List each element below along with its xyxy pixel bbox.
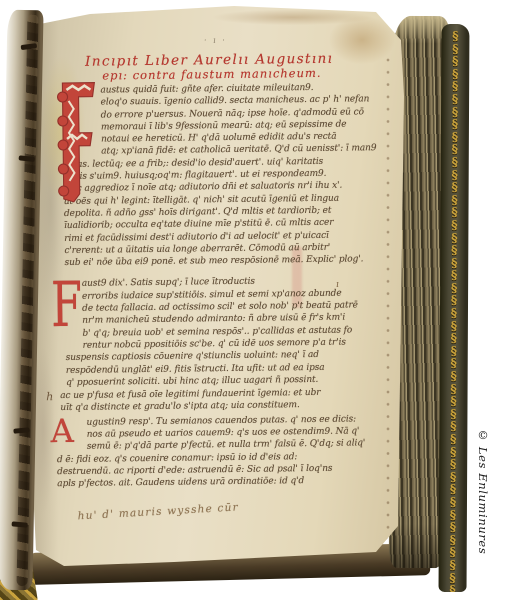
parchment-page: · ı · ı Incıpıt Lıber Aurelıı Augustınıe…: [24, 6, 408, 572]
binding-gold-ornament: § § § § § § § § § § § § § § § § § § § § …: [444, 30, 463, 592]
ownership-inscription: hu' d' mauris wysshe cūr: [77, 501, 239, 522]
text-block: Incıpıt Lıber Aurelıı Augustınıepı: cont…: [62, 48, 369, 491]
stitch-mark: [18, 155, 34, 162]
manuscript-line: Incıpıt Lıber Aurelıı Augustını: [85, 50, 364, 68]
paragraph-augustinus-respondit: A ugustin9 resp'. Tu semianos cauendos p…: [56, 414, 369, 492]
drop-cap-F-initial: [46, 75, 100, 208]
manuscript-line: apls p'fectos. ait. Gaudens uidens urā o…: [57, 475, 369, 491]
manuscript-line: sub ei' nōe ūba ei9 ponē. et sub meo res…: [65, 254, 367, 270]
manuscript-line: uīt q'a distincte et gradu'lo s'ipta atq…: [60, 400, 368, 416]
marginal-letter-h: h: [46, 390, 53, 403]
drop-cap-F-initial: F: [51, 274, 83, 336]
copyright-watermark: © Les Enluminures: [476, 428, 490, 588]
drop-cap-A-initial: A: [50, 415, 73, 447]
rubric-title: Incıpıt Lıber Aurelıı Augustınıepı: cont…: [62, 48, 364, 82]
paragraph-faustus-dixit: F aust9 dix'. Satis supq'; ī luce ītrodu…: [65, 276, 368, 390]
folio-mark: · ı ·: [204, 36, 227, 45]
stitch-mark: [11, 521, 27, 527]
paragraph-short: h ac ue p'fusa et fusā oīe legitimi fund…: [60, 387, 368, 415]
manuscript-photo: § § § § § § § § § § § § § § § § § § § § …: [0, 0, 505, 600]
back-cover-binding: § § § § § § § § § § § § § § § § § § § § …: [439, 24, 470, 592]
pricking-holes: [386, 58, 390, 556]
paragraph-faustus-intro: austus quidā fuit: gñte afer. ciuitate m…: [62, 82, 366, 270]
manuscript-line: epı: contra faustum manıcheum.: [102, 65, 364, 81]
